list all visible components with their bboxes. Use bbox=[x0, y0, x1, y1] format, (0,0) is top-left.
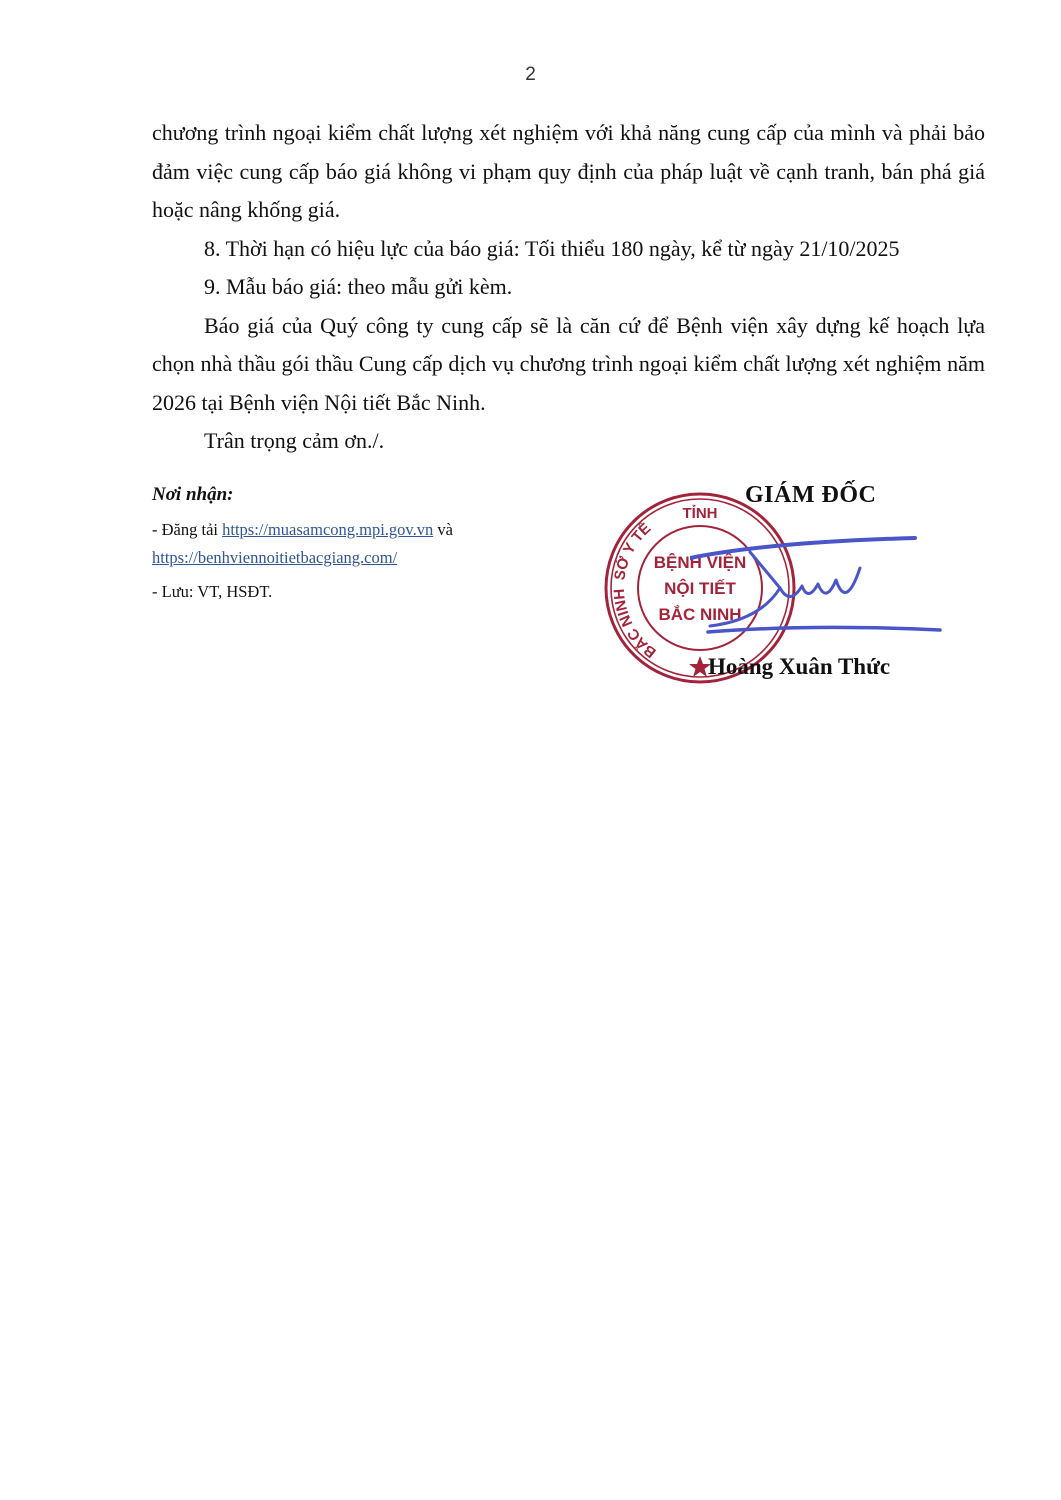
publish-suffix: và bbox=[433, 520, 453, 539]
paragraph-item-8: 8. Thời hạn có hiệu lực của báo giá: Tối… bbox=[152, 230, 985, 269]
publish-prefix: - Đăng tải bbox=[152, 520, 222, 539]
paragraph-item-9: 9. Mẫu báo giá: theo mẫu gửi kèm. bbox=[152, 268, 985, 307]
page-number: 2 bbox=[0, 64, 1061, 86]
recipients-line-archive: - Lưu: VT, HSĐT. bbox=[152, 578, 572, 606]
paragraph-closing: Trân trọng cảm ơn./. bbox=[152, 422, 985, 461]
recipients-title: Nơi nhận: bbox=[152, 484, 572, 506]
link-hospital-website[interactable]: https://benhviennoitietbacgiang.com/ bbox=[152, 548, 397, 567]
paragraph-quotation-purpose: Báo giá của Quý công ty cung cấp sẽ là c… bbox=[152, 307, 985, 423]
letter-body: chương trình ngoại kiểm chất lượng xét n… bbox=[152, 114, 985, 461]
link-muasamcong[interactable]: https://muasamcong.mpi.gov.vn bbox=[222, 520, 433, 539]
recipients-line-website: https://benhviennoitietbacgiang.com/ bbox=[152, 544, 572, 572]
signature-block: SỞ Y TẾ TỈNH BẮC NINH BỆNH VIỆN NỘI TIẾT… bbox=[600, 478, 960, 698]
paragraph-continuation: chương trình ngoại kiểm chất lượng xét n… bbox=[152, 114, 985, 230]
signatory-title: GIÁM ĐỐC bbox=[745, 482, 876, 509]
recipients-block: Nơi nhận: - Đăng tải https://muasamcong.… bbox=[152, 484, 572, 606]
recipients-line-publish: - Đăng tải https://muasamcong.mpi.gov.vn… bbox=[152, 516, 572, 544]
signatory-name: Hoàng Xuân Thức bbox=[708, 654, 890, 680]
handwritten-signature-icon bbox=[690, 528, 950, 648]
stamp-top-text: TỈNH bbox=[683, 505, 718, 522]
